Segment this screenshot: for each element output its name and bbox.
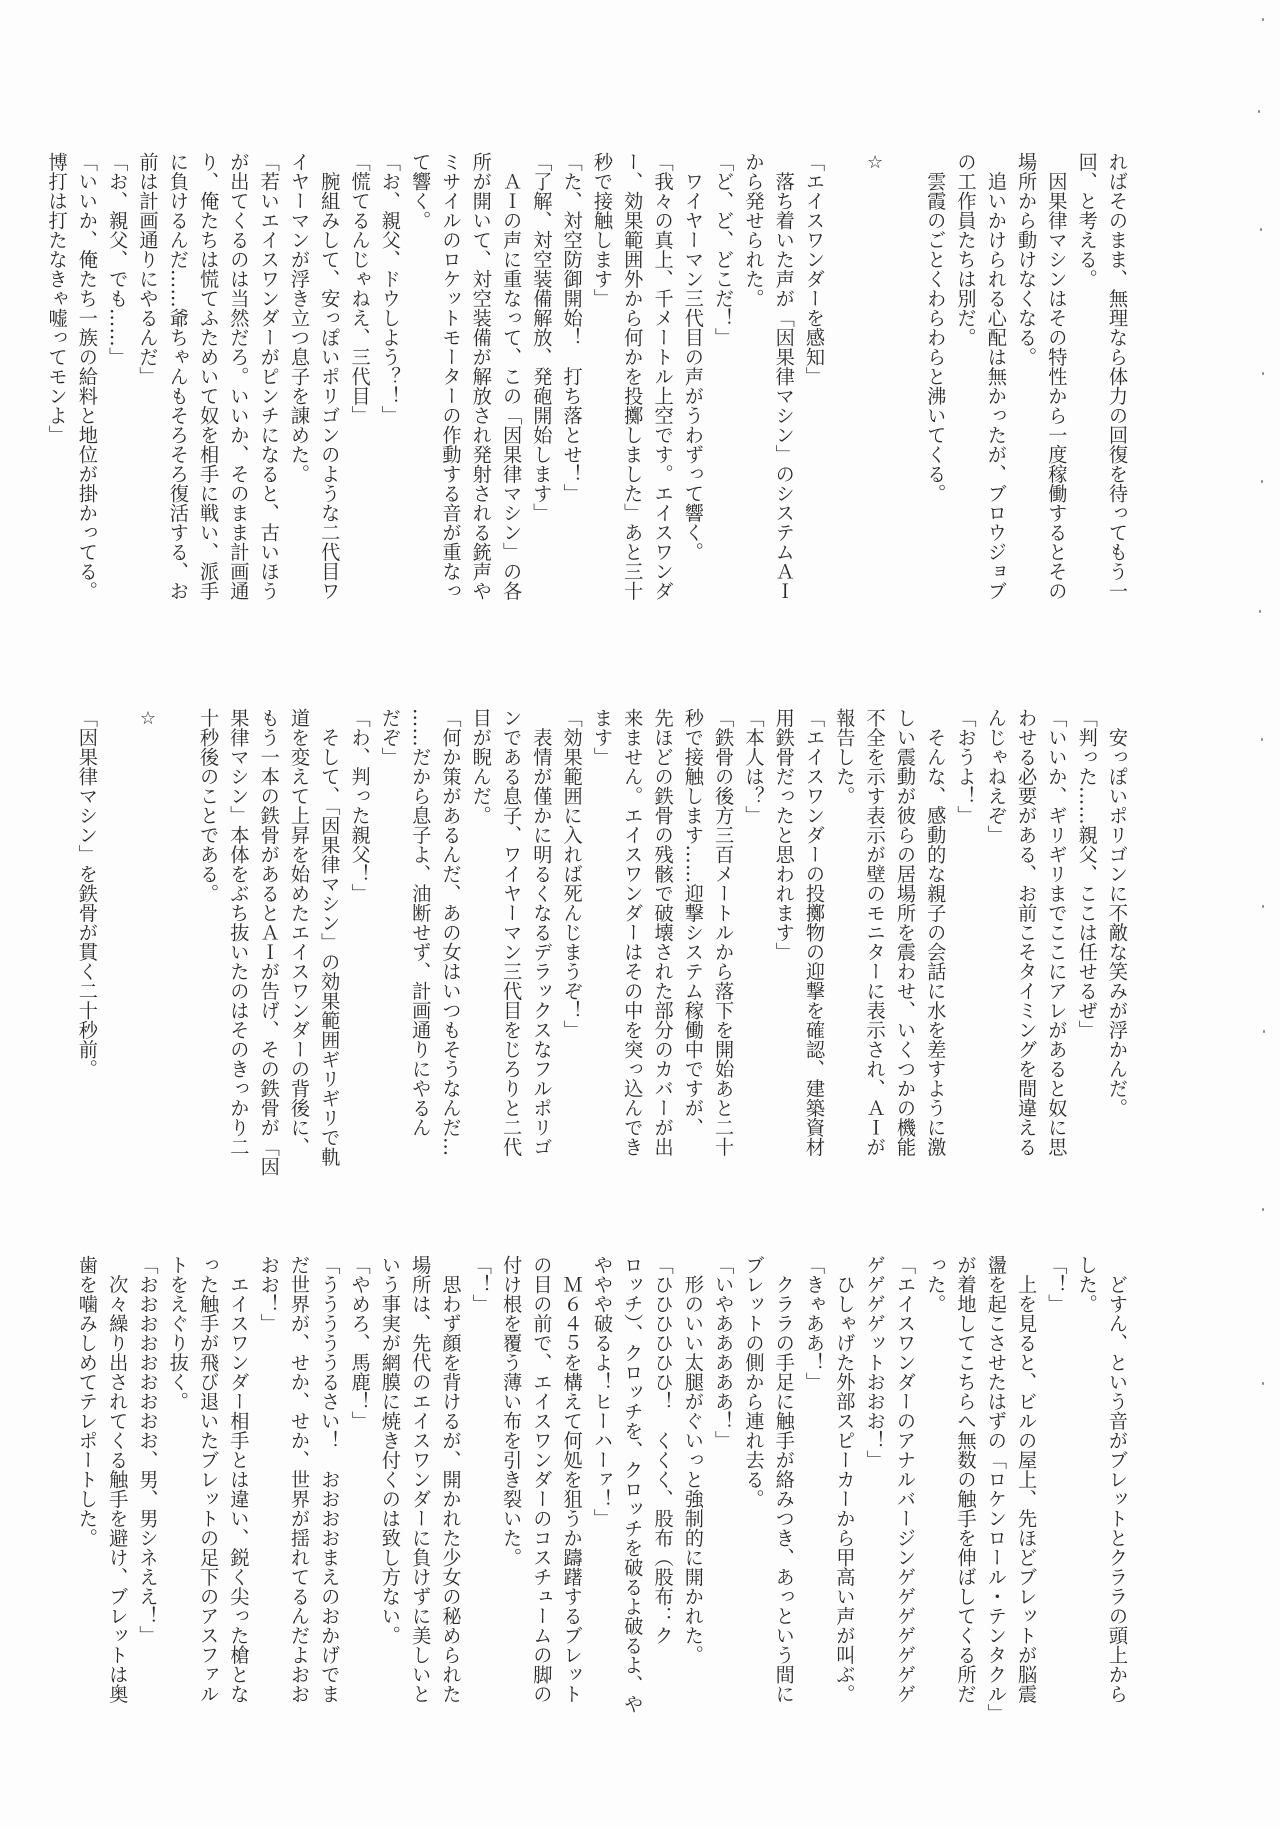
text-column: 「何か策があるんだ、あの女はいつもそうなんだ… [435,708,465,1228]
text-column: から発せられた。 [738,152,768,672]
scan-speck [1263,1030,1265,1033]
text-column: 「エイスワンダーを感知」 [799,152,829,672]
text-column: んじゃねえぞ」 [981,708,1011,1228]
text-column: 「了解、対空装備解放、発砲開始します」 [526,152,556,672]
text-column: 「効果範囲に入れば死んじまうぞ！」 [556,708,586,1228]
text-column: 表情が僅かに明るくなるデラックスなフルポリゴ [526,708,556,1228]
text-column: の目の前で、エイスワンダーのコスチュームの脚の [526,1255,556,1775]
text-column: わせる必要がある、お前こそタイミングを間違える [1011,708,1041,1228]
text-column: 場所から動けなくなる。 [1011,152,1041,672]
text-column: 「我々の真上、千メートル上空です。エイスワンダ [647,152,677,672]
section-break-star-icon: ☆ [859,152,889,672]
text-column: 「判った……親父、ここは任せるぜ」 [1071,708,1101,1228]
text-column: 場所は、先代のエイスワンダーに負けずに美しいと [405,1255,435,1775]
text-column: の工作員たちは別だ。 [950,152,980,672]
text-column: だ世界が、せか、せか、世界が揺れてるんだよおお [284,1255,314,1775]
text-column: 「きゃああ！」 [799,1255,829,1775]
text-column: 「わ、判った親父！」 [344,708,374,1228]
text-column: おお！」 [253,1255,283,1775]
text-column: イヤーマンが浮き立つ息子を諌めた。 [284,152,314,672]
text-column: て響く。 [405,152,435,672]
text-column: そんな、感動的な親子の会話に水を差すように激 [920,708,950,1228]
text-column: 追いかけられる心配は無かったが、ブロウジョブ [981,152,1011,672]
scan-speck [1260,228,1262,231]
text-column: 「いいか、俺たち一族の給料と地位が掛かってる。 [72,152,102,672]
text-column: 安っぽいポリゴンに不敵な笑みが浮かんだ。 [1102,708,1132,1228]
blank-column [890,152,920,672]
scan-speck [1262,1208,1264,1211]
text-column: 報告した。 [829,708,859,1228]
text-column: 「若いエイスワンダーがピンチになると、古いほう [253,152,283,672]
text-column: 「お、親父、ドウしよう？！」 [375,152,405,672]
scan-speck [1262,18,1264,21]
text-column: 「慌てるんじゃねえ、三代目」 [344,152,374,672]
text-column: 落ち着いた声が「因果律マシン」のシステムＡＩ [768,152,798,672]
text-column: ンである息子、ワイヤーマン三代目をじろりと二代 [496,708,526,1228]
text-column: 因果律マシンはその特性から一度稼働するとその [1041,152,1071,672]
text-column: 付け根を覆う薄い布を引き裂いた。 [496,1255,526,1775]
text-column: り、俺たちは慌てふためいて奴を相手に戦い、派手 [193,152,223,672]
text-column: 用鉄骨だったと思われます」 [768,708,798,1228]
text-column: ミサイルのロケットモーターの作動する音が重なっ [435,152,465,672]
text-column: だぞ」 [375,708,405,1228]
text-column: トをえぐり抜く。 [163,1255,193,1775]
text-column: 「エイスワンダーのアナルバージンゲゲゲゲゲゲゲ [890,1255,920,1775]
text-column: 歯を噛みしめてテレポートした。 [72,1255,102,1775]
text-column: 「因果律マシン」を鉄骨が貫く二十秒前。 [72,708,102,1228]
text-column: 前は計画通りにやるんだ」 [132,152,162,672]
text-column: 次々繰り出されてくる触手を避け、ブレットは奥 [102,1255,132,1775]
text-column: 腕組みして、安っぽいポリゴンのような二代目ワ [314,152,344,672]
scan-speck [1259,610,1261,613]
text-column: 盪を起こさせたはずの「ロケンロール・テンタクル」 [981,1255,1011,1775]
text-column: ややや破るよ！ヒーハーァ！」 [587,1255,617,1775]
text-column: ロッチ）、クロッチを、クロッチを破るよ破るよ、や [617,1255,647,1775]
text-column: 回、と考える。 [1071,152,1101,672]
text-column: 博打は打たなきゃ嘘ってモンよ」 [41,152,71,672]
text-column: 目が睨んだ。 [465,708,495,1228]
text-column: ブレットの側から連れ去る。 [738,1255,768,1775]
text-column: ー、効果範囲外から何かを投擲しました」あと三十 [617,152,647,672]
text-column: 「本人は？」 [738,708,768,1228]
text-column: った。 [920,1255,950,1775]
text-column: ゲゲゲゲットおおお！」 [859,1255,889,1775]
text-column: 「おうよ！」 [950,708,980,1228]
text-column: が着地してこちらへ無数の触手を伸ばしてくる所だ [950,1255,980,1775]
text-column: しい震動が彼らの居場所を震わせ、いくつかの機能 [890,708,920,1228]
text-column: ます」 [587,708,617,1228]
text-column: 雲霞のごとくわらわらと沸いてくる。 [920,152,950,672]
text-column: に負けるんだ……爺ちゃんもそろそろ復活する、お [163,152,193,672]
text-column: どすん、という音がブレットとクララの頭上から [1102,1255,1132,1775]
text-column: 「鉄骨の後方三百メートルから落下を開始あと二十 [708,708,738,1228]
text-column: った触手が飛び退いたブレットの足下のアスファル [193,1255,223,1775]
text-column: 「ひひひひひひ！ くくく、股布（股布：ク [647,1255,677,1775]
text-column: ればそのまま、無理なら体力の回復を待ってもう一 [1102,152,1132,672]
text-tier-bottom: どすん、という音がブレットとクララの頭上から した。 「！」 上を見ると、ビルの… [142,1255,1132,1775]
text-column: 不全を示す表示が壁のモニターに表示され、ＡＩが [859,708,889,1228]
text-column: 十秒後のことである。 [193,708,223,1228]
text-column: 果律マシン」本体をぶち抜いたのはそのきっかり二 [223,708,253,1228]
text-column: 来ません。エイスワンダーはその中を突っ込んでき [617,708,647,1228]
text-column: 「いいか、ギリギリまでここにアレがあると奴に思 [1041,708,1071,1228]
text-column: 先ほどの鉄骨の残骸で破壊された部分のカバーが出 [647,708,677,1228]
scan-speck [1262,372,1264,375]
scan-speck [1261,480,1263,483]
text-column: 「！」 [1041,1255,1071,1775]
text-column: そして、「因果律マシン」の効果範囲ギリギリで軌 [314,708,344,1228]
text-tier-top: ればそのまま、無理なら体力の回復を待ってもう一 回、と考える。 因果律マシンはそ… [142,152,1132,672]
text-column: 「ど、ど、どこだ！」 [708,152,738,672]
text-column: エイスワンダー相手とは違い、鋭く尖った槍とな [223,1255,253,1775]
scanned-novel-page: ればそのまま、無理なら体力の回復を待ってもう一 回、と考える。 因果律マシンはそ… [0,0,1280,1829]
text-column: 秒で接触します……迎撃システム稼働中ですが、 [678,708,708,1228]
blank-column [829,152,859,672]
text-column: 「エイスワンダーの投擲物の迎撃を確認、建築資材 [799,708,829,1228]
text-column: もう一本の鉄骨があるとＡＩが告げ、その鉄骨が「因 [253,708,283,1228]
text-column: ワイヤーマン三代目の声がうわずって響く。 [678,152,708,672]
text-column: ひしゃげた外部スピーカーから甲高い声が叫ぶ。 [829,1255,859,1775]
text-column: した。 [1071,1255,1101,1775]
text-column: 思わず顔を背けるが、開かれた少女の秘められた [435,1255,465,1775]
scan-speck [1262,1382,1264,1385]
text-column: 「！」 [465,1255,495,1775]
blank-column [163,708,193,1228]
text-column: ……だから息子よ、油断せず、計画通りにやるん [405,708,435,1228]
text-column: Ｍ６４５を構えて何処を狙うか躊躇するブレット [556,1255,586,1775]
blank-column [102,708,132,1228]
scan-speck [1258,110,1260,113]
text-column: 秒で接触します」 [587,152,617,672]
section-break-star-icon: ☆ [132,708,162,1228]
text-column: いう事実が網膜に焼き付くのは致し方ない。 [375,1255,405,1775]
text-column: 上を見ると、ビルの屋上、先ほどブレットが脳震 [1011,1255,1041,1775]
scan-speck [1262,905,1264,908]
text-column: 「うううううるさい！ おおおおまえのおかげでま [314,1255,344,1775]
text-column: 所が開いて、対空装備が解放され発射される銃声や [465,152,495,672]
text-column: が出てくるのは当然だろ。いいか、そのまま計画通 [223,152,253,672]
scan-speck [1261,738,1263,741]
text-column: ＡＩの声に重なって、この「因果律マシン」の各 [496,152,526,672]
text-column: 道を変えて上昇を始めたエイスワンダーの背後に、 [284,708,314,1228]
text-column: 「いやあああああ！」 [708,1255,738,1775]
text-column: 「おおおおおおおおお、男、男シネええ！」 [132,1255,162,1775]
text-column: 形のいい太腿がぐいっと強制的に開かれた。 [678,1255,708,1775]
text-column: 「た、対空防御開始！ 打ち落とせ！」 [556,152,586,672]
text-column: 「お、親父、でも……」 [102,152,132,672]
text-column: 「やめろ、馬鹿！」 [344,1255,374,1775]
text-tier-middle: 安っぽいポリゴンに不敵な笑みが浮かんだ。 「判った……親父、ここは任せるぜ」 「… [142,708,1132,1228]
text-column: クララの手足に触手が絡みつき、あっという間に [768,1255,798,1775]
